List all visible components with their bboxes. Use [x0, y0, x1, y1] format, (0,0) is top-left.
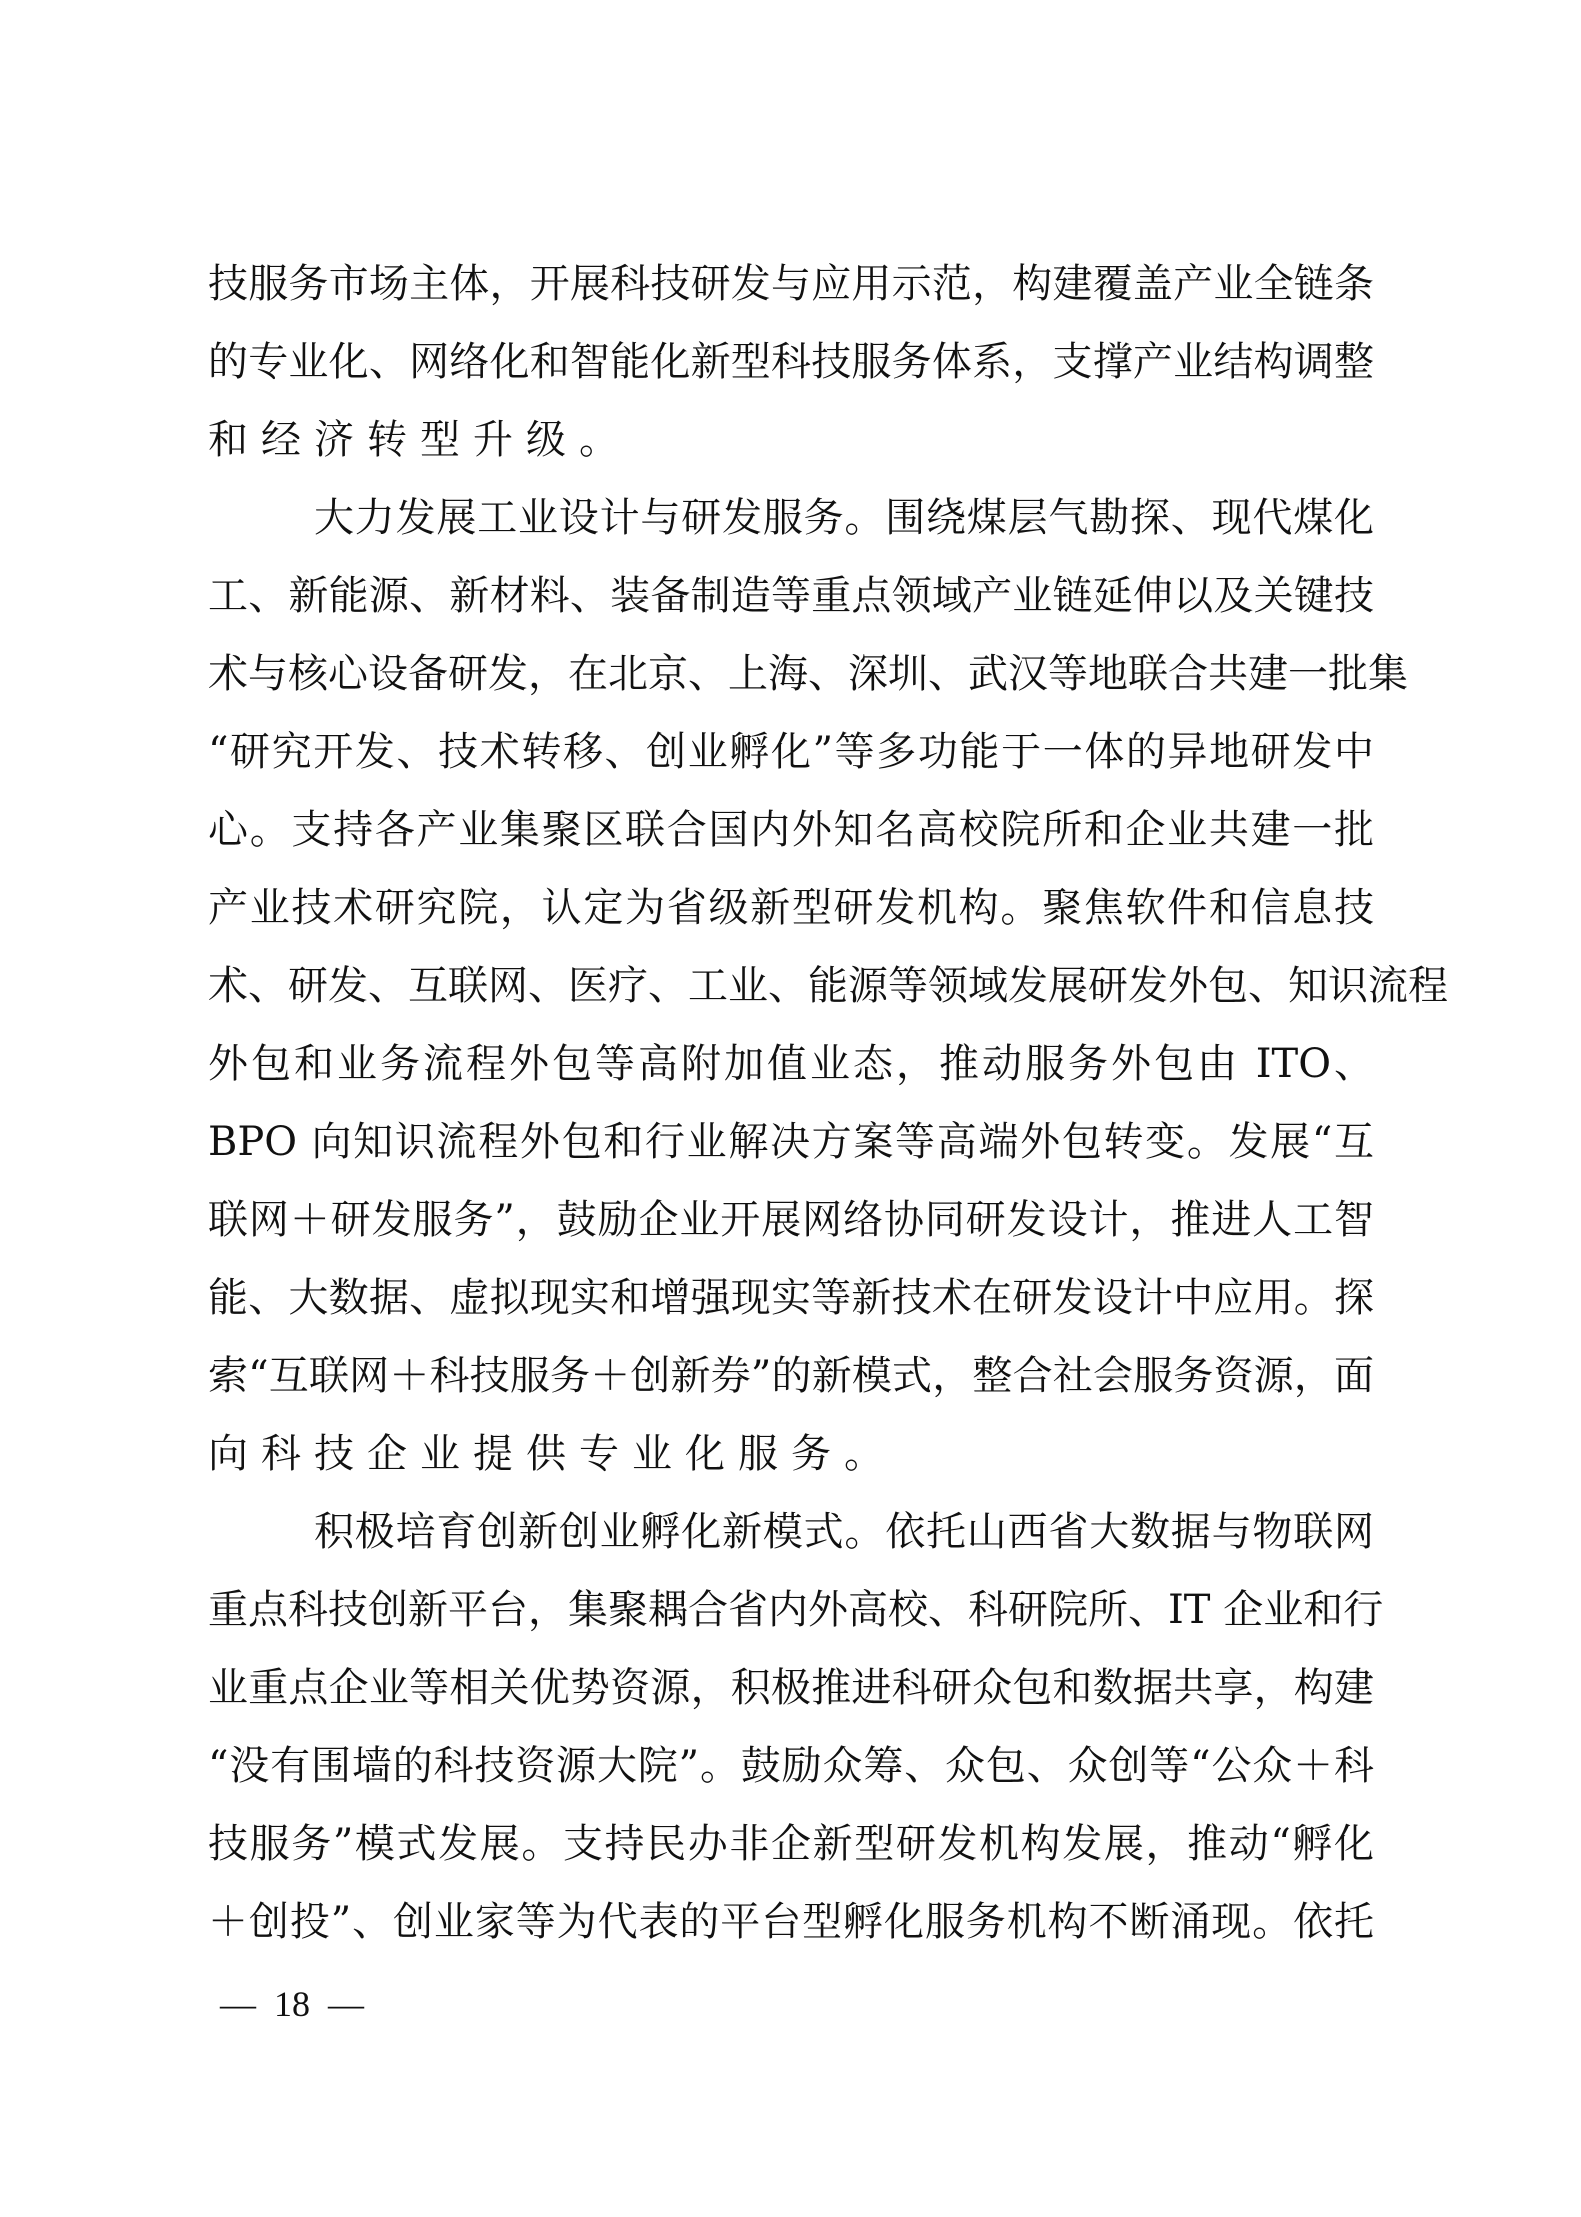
text-line: 业重点企业等相关优势资源，积极推进科研众包和数据共享，构建 [208, 1649, 1374, 1727]
page-number: — 18 — [220, 1982, 364, 2026]
text-line: 工、新能源、新材料、装备制造等重点领域产业链延伸以及关键技 [208, 557, 1374, 635]
text-line: BPO 向知识流程外包和行业解决方案等高端外包转变。发展“互 [208, 1103, 1374, 1181]
text-line: “研究开发、技术转移、创业孵化”等多功能于一体的异地研发中 [208, 713, 1374, 791]
text-line: 的专业化、网络化和智能化新型科技服务体系，支撑产业结构调整 [208, 323, 1374, 401]
text-line: 技服务”模式发展。支持民办非企新型研发机构发展，推动“孵化 [208, 1805, 1374, 1883]
paragraph-end-line: 和经济转型升级。 [208, 401, 1374, 479]
text-line: 外包和业务流程外包等高附加值业态，推动服务外包由 ITO、 [208, 1025, 1374, 1103]
paragraph-end-line: 向科技企业提供专业化服务。 [208, 1415, 1374, 1493]
paragraph-heading-line: 积极培育创新创业孵化新模式。依托山西省大数据与物联网 [208, 1493, 1374, 1571]
document-page: 技服务市场主体，开展科技研发与应用示范，构建覆盖产业全链条 的专业化、网络化和智… [0, 0, 1581, 2217]
text-line: 重点科技创新平台，集聚耦合省内外高校、科研院所、IT 企业和行 [208, 1571, 1374, 1649]
text-line: 心。支持各产业集聚区联合国内外知名高校院所和企业共建一批 [208, 791, 1374, 869]
body-text: 技服务市场主体，开展科技研发与应用示范，构建覆盖产业全链条 的专业化、网络化和智… [208, 245, 1374, 1961]
text-line: ＋创投”、创业家等为代表的平台型孵化服务机构不断涌现。依托 [208, 1883, 1374, 1961]
text-line: 技服务市场主体，开展科技研发与应用示范，构建覆盖产业全链条 [208, 245, 1374, 323]
text-line: 能、大数据、虚拟现实和增强现实等新技术在研发设计中应用。探 [208, 1259, 1374, 1337]
paragraph-heading-line: 大力发展工业设计与研发服务。围绕煤层气勘探、现代煤化 [208, 479, 1374, 557]
text-line: 索“互联网＋科技服务＋创新券”的新模式，整合社会服务资源，面 [208, 1337, 1374, 1415]
text-line: 产业技术研究院，认定为省级新型研发机构。聚焦软件和信息技 [208, 869, 1374, 947]
text-line: “没有围墙的科技资源大院”。鼓励众筹、众包、众创等“公众＋科 [208, 1727, 1374, 1805]
text-line: 联网＋研发服务”，鼓励企业开展网络协同研发设计，推进人工智 [208, 1181, 1374, 1259]
text-line: 术、研发、互联网、医疗、工业、能源等领域发展研发外包、知识流程 [208, 947, 1374, 1025]
text-line: 术与核心设备研发，在北京、上海、深圳、武汉等地联合共建一批集 [208, 635, 1374, 713]
